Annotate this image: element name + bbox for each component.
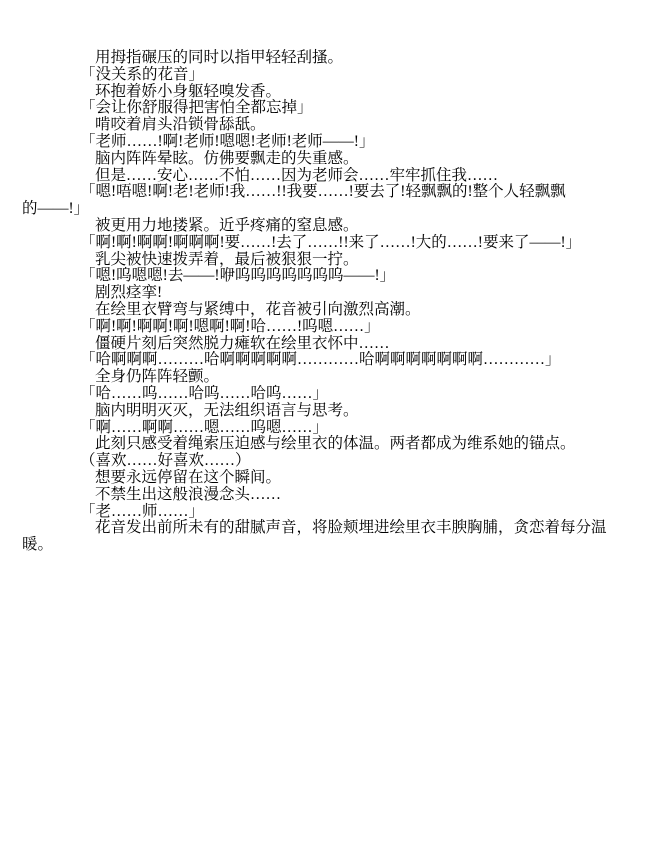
paragraph: 脑内明明灭灭，无法组织语言与思考。	[22, 403, 628, 420]
paragraph: 啃咬着肩头沿锁骨舔舐。	[22, 117, 628, 134]
paragraph: 僵硬片刻后突然脱力瘫软在绘里衣怀中……	[22, 336, 628, 353]
paragraph: 「啊……啊啊……嗯……呜嗯……」	[22, 420, 628, 437]
document-page: 用拇指碾压的同时以指甲轻轻刮搔。「没关系的花音」环抱着娇小身躯轻嗅发香。「会让你…	[0, 0, 650, 850]
paragraph: 剧烈痉挛!	[22, 285, 628, 302]
paragraph: 乳尖被快速拨弄着，最后被狠狠一拧。	[22, 252, 628, 269]
paragraph: 「会让你舒服得把害怕全都忘掉」	[22, 100, 628, 117]
paragraph: 「老……师……」	[22, 504, 628, 521]
paragraph: 想要永远停留在这个瞬间。	[22, 470, 628, 487]
paragraph: 环抱着娇小身躯轻嗅发香。	[22, 84, 628, 101]
paragraph: 不禁生出这般浪漫念头……	[22, 487, 628, 504]
paragraph: 「哈啊啊啊………哈啊啊啊啊啊…………哈啊啊啊啊啊啊啊…………」	[22, 352, 628, 369]
page-text: 用拇指碾压的同时以指甲轻轻刮搔。「没关系的花音」环抱着娇小身躯轻嗅发香。「会让你…	[22, 50, 628, 554]
paragraph: 被更用力地搂紧。近乎疼痛的窒息感。	[22, 218, 628, 235]
paragraph: 但是……安心……不怕……因为老师会……牢牢抓住我……	[22, 168, 628, 185]
paragraph: 在绘里衣臂弯与紧缚中，花音被引向激烈高潮。	[22, 302, 628, 319]
paragraph: 「哈……呜……哈呜……哈呜……」	[22, 386, 628, 403]
paragraph: 「嗯!唔嗯!啊!老!老师!我……!!我要……!要去了!轻飘飘的!整个人轻飘飘 的…	[22, 184, 628, 218]
paragraph: 「嗯!呜嗯嗯!去——!咿呜呜呜呜呜呜呜——!」	[22, 268, 628, 285]
paragraph: 用拇指碾压的同时以指甲轻轻刮搔。	[22, 50, 628, 67]
paragraph: 全身仍阵阵轻颤。	[22, 369, 628, 386]
paragraph: （喜欢……好喜欢……）	[22, 453, 628, 470]
paragraph: 脑内阵阵晕眩。仿佛要飘走的失重感。	[22, 151, 628, 168]
paragraph: 「没关系的花音」	[22, 67, 628, 84]
paragraph: 此刻只感受着绳索压迫感与绘里衣的体温。两者都成为维系她的锚点。	[22, 436, 628, 453]
paragraph: 「老师……!啊!老师!嗯嗯!老师!老师——!」	[22, 134, 628, 151]
paragraph: 花音发出前所未有的甜腻声音，将脸颊埋进绘里衣丰腴胸脯，贪恋着每分温 暖。	[22, 520, 628, 554]
paragraph: 「啊!啊!啊啊!啊!嗯啊!啊!哈……!呜嗯……」	[22, 319, 628, 336]
paragraph: 「啊!啊!啊啊!啊啊啊!要……!去了……!!来了……!大的……!要来了——!」	[22, 235, 628, 252]
